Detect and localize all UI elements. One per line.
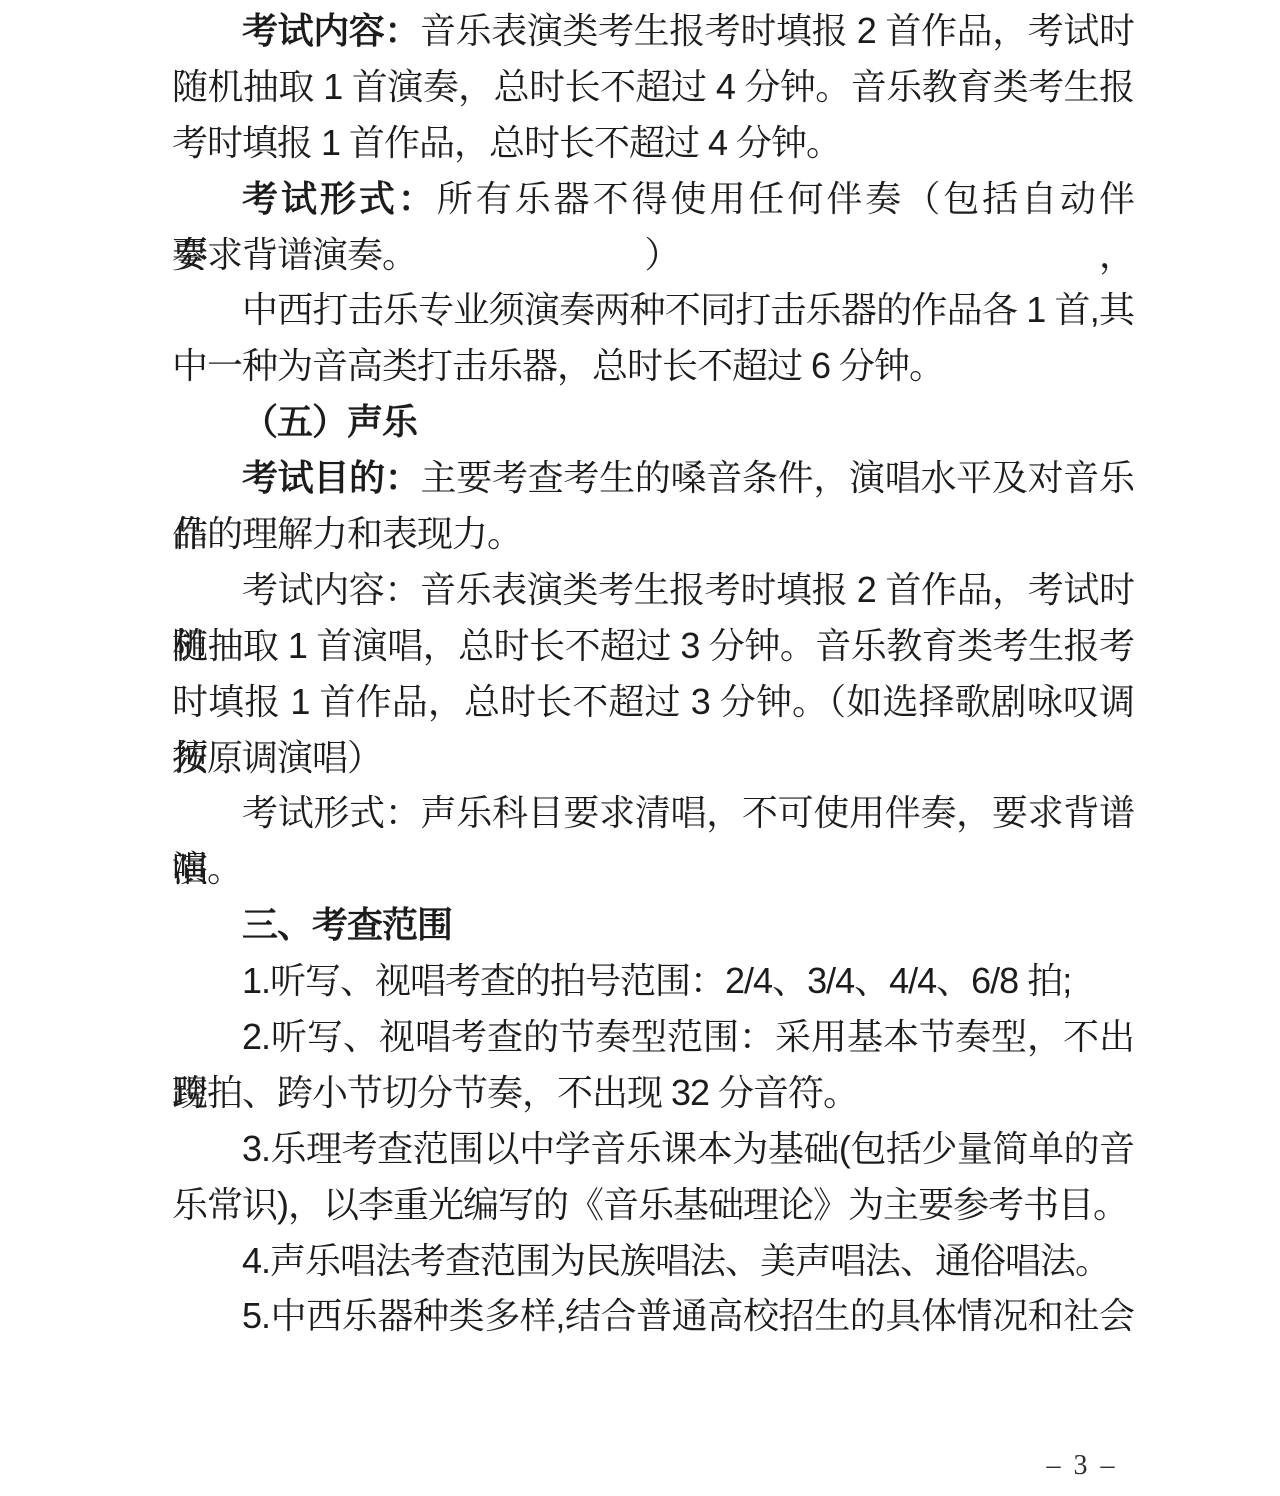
doc-line: 2.听写、视唱考查的节奏型范围：采用基本节奏型，不出现	[172, 1009, 1134, 1065]
line-text: 中西打击乐专业须演奏两种不同打击乐器的作品各 1 首,其	[242, 289, 1134, 330]
line-text: 乐常识)，以李重光编写的《音乐基础理论》为主要参考书目。	[172, 1184, 1128, 1225]
doc-line: 3.乐理考查范围以中学音乐课本为基础(包括少量简单的音	[172, 1121, 1134, 1177]
line-text: 4.声乐唱法考查范围为民族唱法、美声唱法、通俗唱法。	[242, 1240, 1110, 1281]
line-text: 音乐表演类考生报考时填报 2 首作品，考试时	[420, 10, 1134, 51]
section-heading-scope: 三、考查范围	[172, 897, 1134, 953]
doc-line: 考时填报 1 首作品，总时长不超过 4 分钟。	[172, 115, 1134, 171]
doc-line: 按原调演唱）	[172, 730, 1134, 786]
doc-line: 考试内容：音乐表演类考生报考时填报 2 首作品，考试时随	[172, 562, 1134, 618]
doc-line: 考试形式：所有乐器不得使用任何伴奏（包括自动伴奏），	[172, 171, 1134, 227]
doc-line: 考试目的：主要考查考生的嗓音条件，演唱水平及对音乐作	[172, 450, 1134, 506]
line-text: 1.听写、视唱考查的拍号范围：2/4、3/4、4/4、6/8 拍;	[242, 960, 1071, 1001]
document-body: 考试内容：音乐表演类考生报考时填报 2 首作品，考试时 随机抽取 1 首演奏，总…	[172, 3, 1134, 1344]
doc-line: 机抽取 1 首演唱，总时长不超过 3 分钟。音乐教育类考生报考	[172, 618, 1134, 674]
line-text: 随机抽取 1 首演奏，总时长不超过 4 分钟。音乐教育类考生报	[172, 66, 1134, 107]
field-label-exam-content: 考试内容：	[242, 10, 420, 51]
line-text: 按原调演唱）	[172, 737, 382, 778]
document-page: 考试内容：音乐表演类考生报考时填报 2 首作品，考试时 随机抽取 1 首演奏，总…	[0, 0, 1280, 1496]
doc-line: 跨拍、跨小节切分节奏，不出现 32 分音符。	[172, 1065, 1134, 1121]
field-label-exam-purpose: 考试目的：	[242, 457, 421, 498]
line-text: 3.乐理考查范围以中学音乐课本为基础(包括少量简单的音	[242, 1128, 1134, 1169]
doc-line: 考试内容：音乐表演类考生报考时填报 2 首作品，考试时	[172, 3, 1134, 59]
doc-line: 中西打击乐专业须演奏两种不同打击乐器的作品各 1 首,其	[172, 282, 1134, 338]
line-text: 唱。	[172, 848, 242, 889]
line-text: 机抽取 1 首演唱，总时长不超过 3 分钟。音乐教育类考生报考	[172, 625, 1134, 666]
heading-text: 三、考查范围	[242, 904, 452, 945]
line-text: 中一种为音高类打击乐器，总时长不超过 6 分钟。	[172, 345, 944, 386]
section-heading-vocal: （五）声乐	[172, 394, 1134, 450]
doc-line: 时填报 1 首作品，总时长不超过 3 分钟。（如选择歌剧咏叹调须	[172, 674, 1134, 730]
doc-line: 随机抽取 1 首演奏，总时长不超过 4 分钟。音乐教育类考生报	[172, 59, 1134, 115]
doc-line: 1.听写、视唱考查的拍号范围：2/4、3/4、4/4、6/8 拍;	[172, 953, 1134, 1009]
line-text: 5.中西乐器种类多样,结合普通高校招生的具体情况和社会	[242, 1295, 1134, 1336]
line-text: 品的理解力和表现力。	[172, 513, 522, 554]
line-text: 跨拍、跨小节切分节奏，不出现 32 分音符。	[172, 1072, 858, 1113]
doc-line: 唱。	[172, 841, 1134, 897]
doc-line: 乐常识)，以李重光编写的《音乐基础理论》为主要参考书目。	[172, 1177, 1134, 1233]
doc-line: 考试形式：声乐科目要求清唱，不可使用伴奏，要求背谱演	[172, 785, 1134, 841]
doc-line: 品的理解力和表现力。	[172, 506, 1134, 562]
doc-line: 中一种为音高类打击乐器，总时长不超过 6 分钟。	[172, 338, 1134, 394]
doc-line: 4.声乐唱法考查范围为民族唱法、美声唱法、通俗唱法。	[172, 1233, 1134, 1289]
line-text: 要求背谱演奏。	[172, 234, 417, 275]
page-number: – 3 –	[1000, 1446, 1164, 1486]
field-label-exam-format: 考试形式：	[242, 178, 437, 219]
line-text: 考时填报 1 首作品，总时长不超过 4 分钟。	[172, 122, 841, 163]
doc-line: 5.中西乐器种类多样,结合普通高校招生的具体情况和社会	[172, 1288, 1134, 1344]
heading-text: （五）声乐	[242, 401, 417, 442]
